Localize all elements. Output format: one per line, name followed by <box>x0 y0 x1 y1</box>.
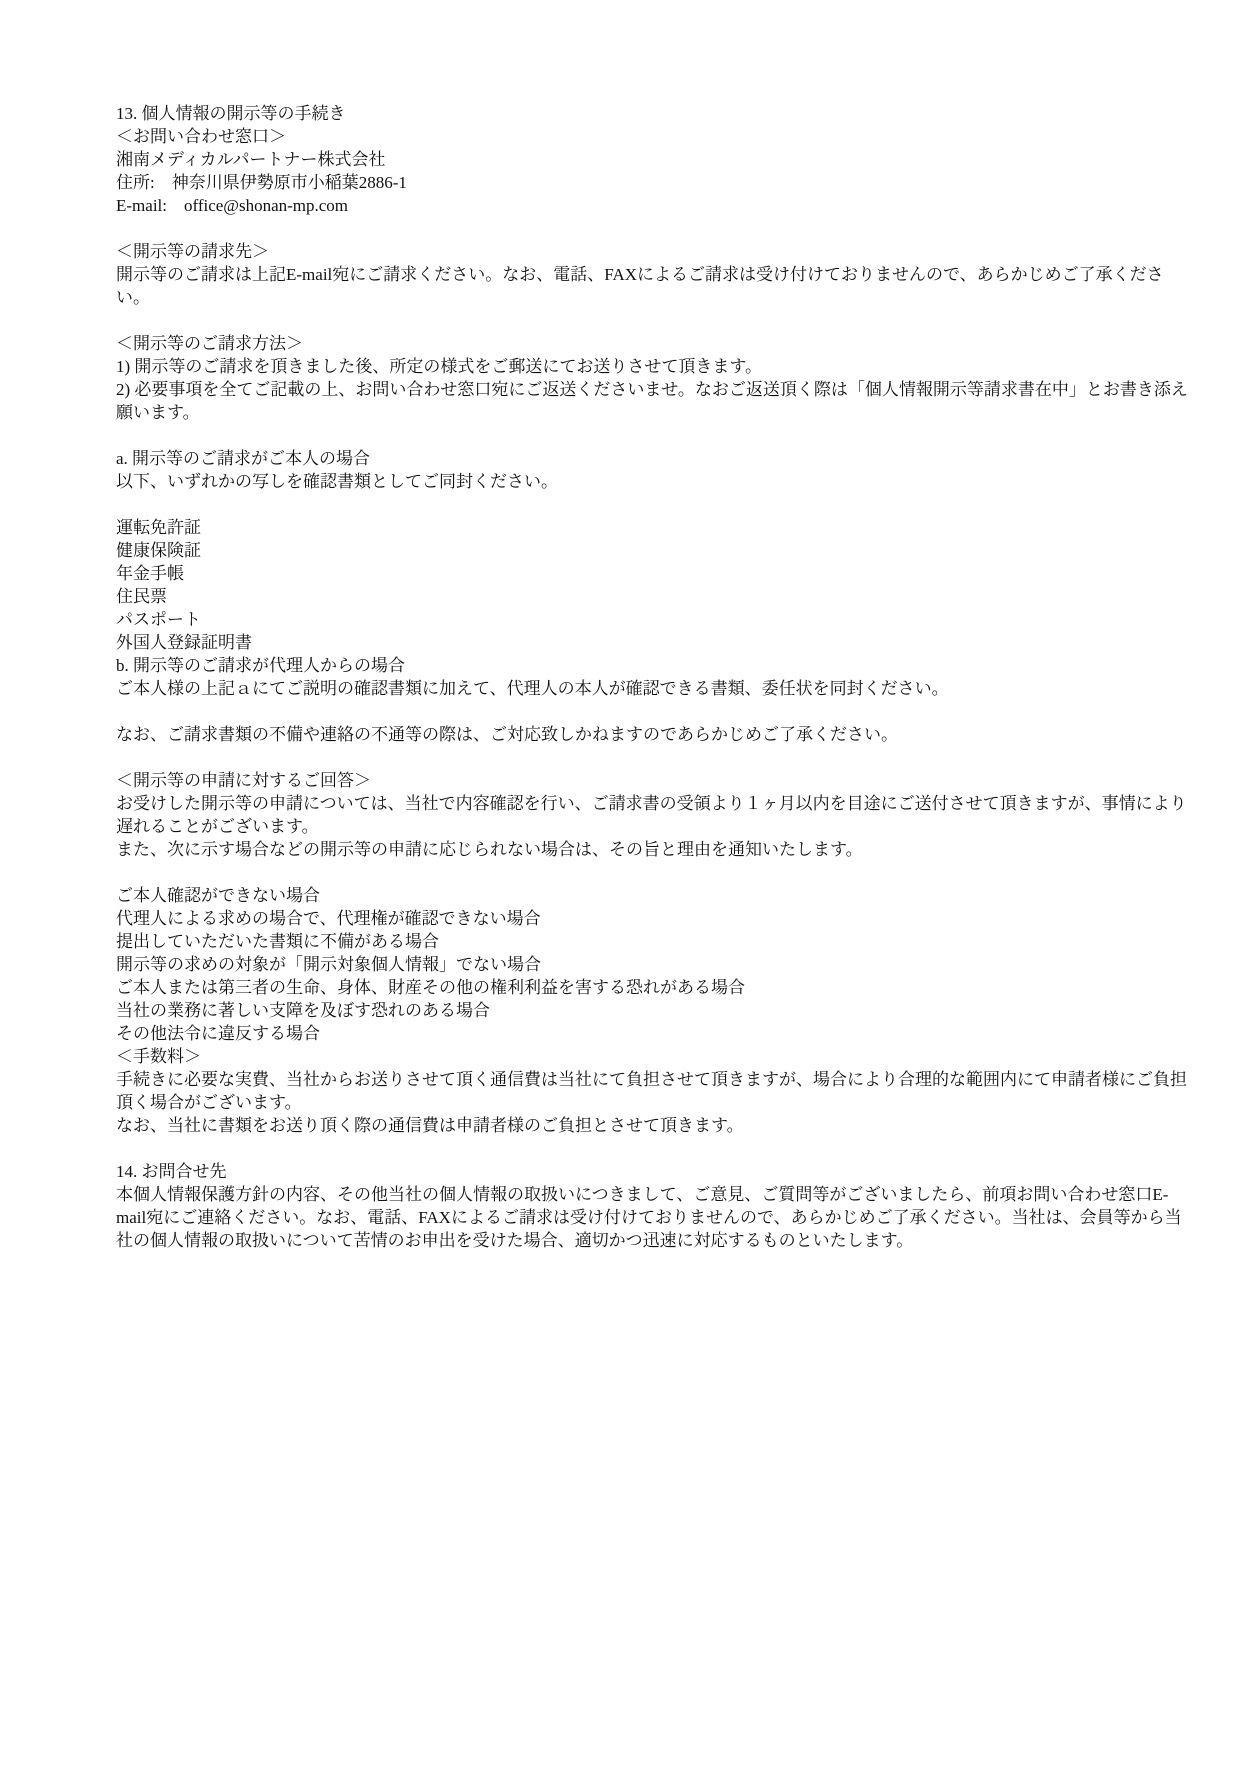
document-page: 13. 個人情報の開示等の手続き ＜お問い合わせ窓口＞ 湘南メディカルパートナー… <box>0 0 1258 1784</box>
section-13-heading: 13. 個人情報の開示等の手続き <box>116 102 1194 125</box>
request-method-step-2: 2) 必要事項を全てご記載の上、お問い合わせ窓口宛にご返送くださいませ。なおご返… <box>116 378 1194 424</box>
section-14-text: 本個人情報保護方針の内容、その他当社の個人情報の取扱いにつきまして、ご意見、ご質… <box>116 1183 1194 1252</box>
identity-doc-health-insurance: 健康保険証 <box>116 539 1194 562</box>
identity-doc-residence-record: 住民票 <box>116 585 1194 608</box>
company-email: E-mail: office@shonan-mp.com <box>116 194 1194 217</box>
identity-doc-pension-book: 年金手帳 <box>116 562 1194 585</box>
response-refusal-intro: また、次に示す場合などの開示等の申請に応じられない場合は、その旨と理由を通知いた… <box>116 838 1194 861</box>
request-destination-heading: ＜開示等の請求先＞ <box>116 240 1194 263</box>
response-heading: ＜開示等の申請に対するご回答＞ <box>116 769 1194 792</box>
request-method-step-1: 1) 開示等のご請求を頂きました後、所定の様式をご郵送にてお送りさせて頂きます。 <box>116 355 1194 378</box>
request-destination-block: ＜開示等の請求先＞ 開示等のご請求は上記E-mail宛にご請求ください。なお、電… <box>116 240 1194 309</box>
section-14-block: 14. お問合せ先 本個人情報保護方針の内容、その他当社の個人情報の取扱いにつき… <box>116 1160 1194 1252</box>
request-destination-text: 開示等のご請求は上記E-mail宛にご請求ください。なお、電話、FAXによるご請… <box>116 263 1194 309</box>
request-method-heading: ＜開示等のご請求方法＞ <box>116 332 1194 355</box>
refusal-case-agent-unverified: 代理人による求めの場合で、代理権が確認できない場合 <box>116 907 1194 930</box>
deficiency-note-block: なお、ご請求書類の不備や連絡の不通等の際は、ご対応致しかねますのであらかじめご了… <box>116 723 1194 746</box>
response-block: ＜開示等の申請に対するご回答＞ お受けした開示等の申請については、当社で内容確認… <box>116 769 1194 861</box>
refusal-case-business-hindrance: 当社の業務に著しい支障を及ぼす恐れのある場合 <box>116 999 1194 1022</box>
case-a-heading: a. 開示等のご請求がご本人の場合 <box>116 447 1194 470</box>
section-13-contact-block: 13. 個人情報の開示等の手続き ＜お問い合わせ窓口＞ 湘南メディカルパートナー… <box>116 102 1194 217</box>
fee-heading: ＜手数料＞ <box>116 1045 1194 1068</box>
company-name: 湘南メディカルパートナー株式会社 <box>116 148 1194 171</box>
identity-doc-alien-registration: 外国人登録証明書 <box>116 631 1194 654</box>
inquiry-window-heading: ＜お問い合わせ窓口＞ <box>116 125 1194 148</box>
case-a-instruction: 以下、いずれかの写しを確認書類としてご同封ください。 <box>116 470 1194 493</box>
request-method-block: ＜開示等のご請求方法＞ 1) 開示等のご請求を頂きました後、所定の様式をご郵送に… <box>116 332 1194 424</box>
case-b-instruction: ご本人様の上記ａにてご説明の確認書類に加えて、代理人の本人が確認できる書類、委任… <box>116 677 1194 700</box>
identity-documents-block: 運転免許証 健康保険証 年金手帳 住民票 パスポート 外国人登録証明書 b. 開… <box>116 516 1194 700</box>
company-address: 住所: 神奈川県伊勢原市小稲葉2886-1 <box>116 171 1194 194</box>
refusal-case-identity-unverified: ご本人確認ができない場合 <box>116 884 1194 907</box>
refusal-case-document-deficiency: 提出していただいた書類に不備がある場合 <box>116 930 1194 953</box>
refusal-cases-fee-block: ご本人確認ができない場合 代理人による求めの場合で、代理権が確認できない場合 提… <box>116 884 1194 1137</box>
document-content: 13. 個人情報の開示等の手続き ＜お問い合わせ窓口＞ 湘南メディカルパートナー… <box>116 102 1194 1275</box>
refusal-case-not-disclosure-target: 開示等の求めの対象が「開示対象個人情報」でない場合 <box>116 953 1194 976</box>
identity-doc-passport: パスポート <box>116 608 1194 631</box>
fee-text: 手続きに必要な実費、当社からお送りさせて頂く通信費は当社にて負担させて頂きますが… <box>116 1068 1194 1114</box>
fee-note: なお、当社に書類をお送り頂く際の通信費は申請者様のご負担とさせて頂きます。 <box>116 1114 1194 1137</box>
refusal-case-law-violation: その他法令に違反する場合 <box>116 1022 1194 1045</box>
response-text: お受けした開示等の申請については、当社で内容確認を行い、ご請求書の受領より１ヶ月… <box>116 792 1194 838</box>
identity-doc-drivers-license: 運転免許証 <box>116 516 1194 539</box>
section-14-heading: 14. お問合せ先 <box>116 1160 1194 1183</box>
deficiency-note: なお、ご請求書類の不備や連絡の不通等の際は、ご対応致しかねますのであらかじめご了… <box>116 723 1194 746</box>
case-b-heading: b. 開示等のご請求が代理人からの場合 <box>116 654 1194 677</box>
case-a-block: a. 開示等のご請求がご本人の場合 以下、いずれかの写しを確認書類としてご同封く… <box>116 447 1194 493</box>
refusal-case-harm-rights: ご本人または第三者の生命、身体、財産その他の権利利益を害する恐れがある場合 <box>116 976 1194 999</box>
